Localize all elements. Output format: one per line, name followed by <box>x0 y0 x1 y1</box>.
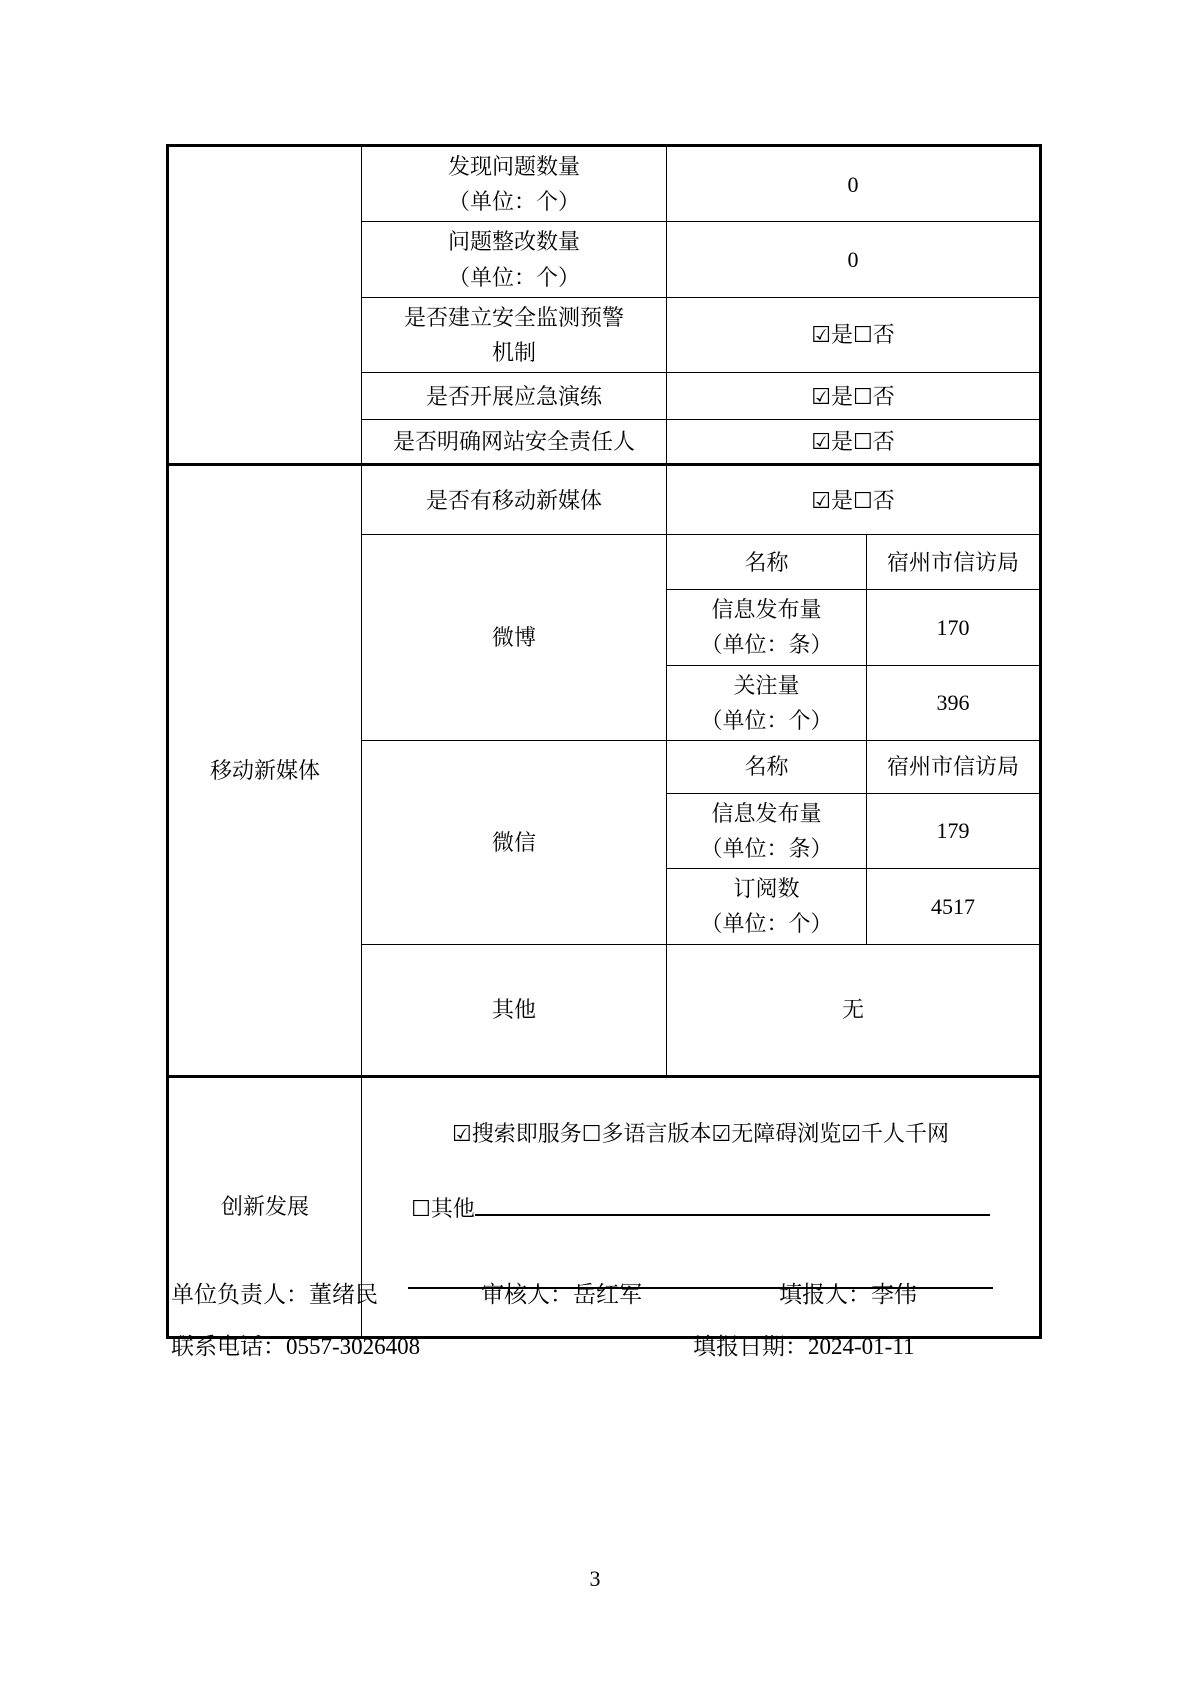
value-has-mobile-media-checkbox: ☑是☐否 <box>667 465 1041 535</box>
label-emergency-drill: 是否开展应急演练 <box>362 373 667 420</box>
footer-reviewer: 审核人：岳红军 <box>481 1281 642 1309</box>
label-security-officer: 是否明确网站安全责任人 <box>362 420 667 465</box>
footer-phone: 联系电话：0557-3026408 <box>171 1333 420 1361</box>
label-has-mobile-media: 是否有移动新媒体 <box>362 465 667 535</box>
value-security-monitoring-checkbox: ☑是☐否 <box>667 297 1041 372</box>
value-wechat-name: 宿州市信访局 <box>867 740 1041 793</box>
label-weibo-name: 名称 <box>667 535 867 590</box>
report-table: 发现问题数量 （单位：个） 0 问题整改数量 （单位：个） 0 是否建立安全监测… <box>166 144 1042 1339</box>
innovation-other-blank-underline <box>475 1188 990 1216</box>
label-weibo-posts: 信息发布量 （单位：条） <box>667 590 867 665</box>
document-page: 发现问题数量 （单位：个） 0 问题整改数量 （单位：个） 0 是否建立安全监测… <box>0 0 1190 1683</box>
value-found-issues: 0 <box>667 146 1041 222</box>
label-rectified-issues: 问题整改数量 （单位：个） <box>362 222 667 297</box>
innovation-other-checkbox-label: ☐其他 <box>411 1196 475 1221</box>
value-emergency-drill-checkbox: ☑是☐否 <box>667 373 1041 420</box>
value-rectified-issues: 0 <box>667 222 1041 297</box>
innovation-content-cell: ☑搜索即服务☐多语言版本☑无障碍浏览☑千人千网 ☐其他 <box>362 1076 1041 1338</box>
value-weibo-followers: 396 <box>867 665 1041 740</box>
value-weibo-name: 宿州市信访局 <box>867 535 1041 590</box>
label-other-media: 其他 <box>362 944 667 1076</box>
value-other-media: 无 <box>667 944 1041 1076</box>
label-security-monitoring: 是否建立安全监测预警 机制 <box>362 297 667 372</box>
label-wechat: 微信 <box>362 740 667 944</box>
label-wechat-name: 名称 <box>667 740 867 793</box>
label-found-issues: 发现问题数量 （单位：个） <box>362 146 667 222</box>
innovation-extra-line <box>366 1261 1035 1299</box>
category-mobile-media: 移动新媒体 <box>168 465 362 1077</box>
footer-date: 填报日期：2024-01-11 <box>693 1333 914 1361</box>
footer-responsible-person: 单位负责人：董绪民 <box>171 1281 378 1309</box>
value-wechat-posts: 179 <box>867 793 1041 868</box>
value-wechat-subscribers: 4517 <box>867 869 1041 944</box>
innovation-other-line: ☐其他 <box>366 1188 1035 1226</box>
label-wechat-posts: 信息发布量 （单位：条） <box>667 793 867 868</box>
category-empty-cell <box>168 146 362 465</box>
page-number: 3 <box>0 1566 1190 1592</box>
label-weibo-followers: 关注量 （单位：个） <box>667 665 867 740</box>
value-weibo-posts: 170 <box>867 590 1041 665</box>
label-weibo: 微博 <box>362 535 667 741</box>
footer-filler: 填报人：李伟 <box>779 1281 917 1309</box>
value-security-officer-checkbox: ☑是☐否 <box>667 420 1041 465</box>
innovation-options-line: ☑搜索即服务☐多语言版本☑无障碍浏览☑千人千网 <box>366 1115 1035 1153</box>
label-wechat-subscribers: 订阅数 （单位：个） <box>667 869 867 944</box>
